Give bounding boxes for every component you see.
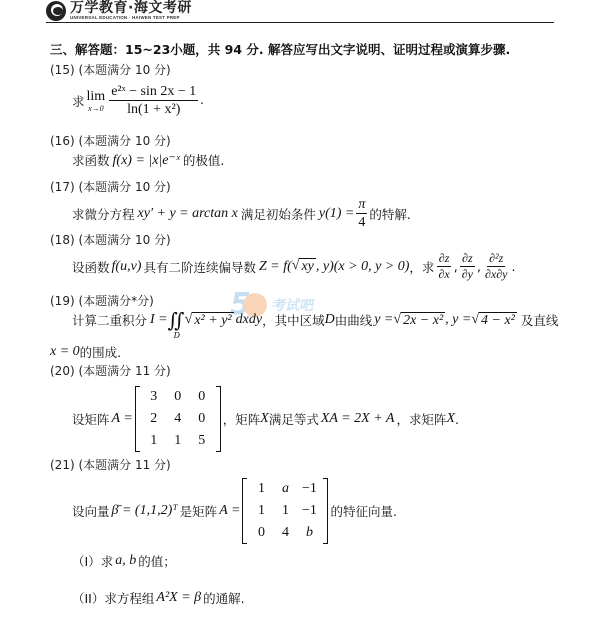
logo-mark-icon bbox=[46, 1, 66, 21]
q16-expression: f(x) = |x|e⁻ˣ bbox=[113, 152, 180, 169]
question-20-header: (20) (本题满分 11 分) bbox=[50, 362, 171, 379]
q18-sqrt: √xy bbox=[292, 258, 316, 275]
question-21-part-2: （II） 求方程组 A²X = β 的通解. bbox=[72, 589, 245, 607]
question-15-body: 求 lim x→0 e²ˣ − sin 2x − 1 ln(1 + x²) . bbox=[72, 84, 204, 118]
question-19-body-line2: x = 0 的围成. bbox=[50, 343, 121, 361]
question-16-header: (16) (本题满分 10 分) bbox=[50, 132, 171, 149]
question-15-header: (15) (本题满分 10 分) bbox=[50, 61, 171, 78]
q17-equation: xy′ + y = arctan x bbox=[138, 206, 238, 222]
question-19-body: 计算二重积分 I = ∬D √x² + y² dxdy ，其中区域 D 由曲线 … bbox=[72, 310, 558, 330]
q15-fraction: e²ˣ − sin 2x − 1 ln(1 + x²) bbox=[109, 84, 198, 118]
matrix-A-q20: 300 240 115 bbox=[135, 386, 221, 452]
matrix-A-q21: 1a−1 11−1 04b bbox=[242, 478, 328, 544]
question-16-body: 求函数 f(x) = |x|e⁻ˣ 的极值. bbox=[72, 151, 224, 169]
question-21-part-1: （I） 求 a, b 的值； bbox=[72, 552, 176, 570]
q15-limit: lim x→0 bbox=[87, 89, 106, 113]
question-18-body: 设函数 f(u,v) 具有二阶连续偏导数 Z = f( √xy , y)(x >… bbox=[72, 252, 515, 281]
header-divider bbox=[46, 22, 554, 23]
logo-text-en: UNIVERSAL EDUCATION · HAIWEN TEST PREP bbox=[70, 16, 192, 21]
question-21-body: 设向量 β̄ = (1,1,2)ᵀ 是矩阵 A = 1a−1 11−1 04b … bbox=[72, 478, 397, 544]
section-title: 三、解答题：15~23小题，共 94 分. 解答应写出文字说明、证明过程或演算步… bbox=[50, 40, 510, 58]
question-20-body: 设矩阵 A = 300 240 115 ，矩阵 X 满足等式 XA = 2X +… bbox=[72, 386, 459, 452]
double-integral-symbol: ∬D bbox=[168, 310, 185, 330]
q17-fraction: π 4 bbox=[356, 197, 367, 231]
logo: 万学教育·海文考研 UNIVERSAL EDUCATION · HAIWEN T… bbox=[46, 0, 192, 22]
logo-text-cn: 万学教育·海文考研 bbox=[70, 1, 192, 15]
question-21-header: (21) (本题满分 11 分) bbox=[50, 456, 171, 473]
question-17-header: (17) (本题满分 10 分) bbox=[50, 178, 171, 195]
question-17-body: 求微分方程 xy′ + y = arctan x 满足初始条件 y(1) = π… bbox=[72, 197, 411, 231]
question-19-header: (19) (本题满分*分) bbox=[50, 292, 154, 309]
q15-prefix: 求 bbox=[72, 92, 85, 110]
question-18-header: (18) (本题满分 10 分) bbox=[50, 231, 171, 248]
